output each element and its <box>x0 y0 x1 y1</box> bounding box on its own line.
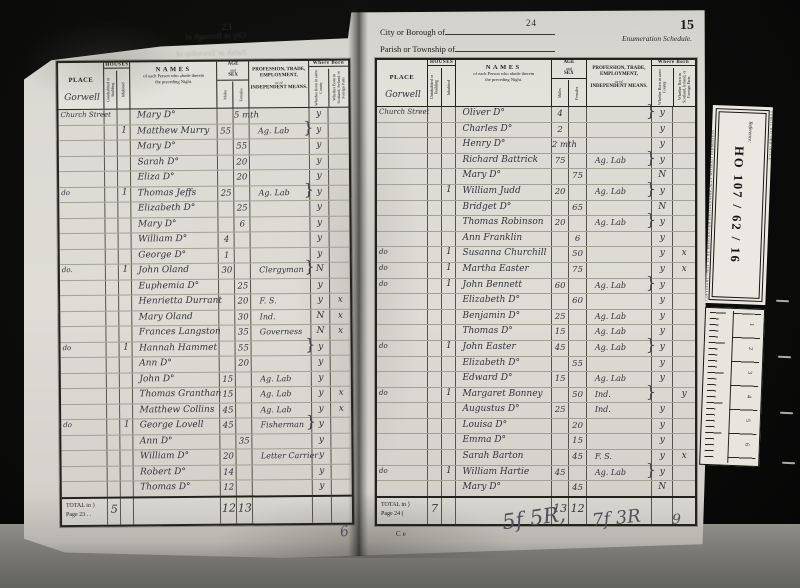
profession-cell: Ag. Lab <box>587 325 652 340</box>
born-elsewhere-cell: x <box>331 402 351 417</box>
age-male-cell: 20 <box>221 450 237 465</box>
age-female-cell <box>569 325 586 340</box>
age-male-cell: 45 <box>221 403 237 418</box>
slate-copyright-text: COPYRIGHT - NOT TO BE REPRODUCED PHOTOGR… <box>704 107 715 301</box>
inhabited-cell <box>121 435 134 450</box>
age-male-cell <box>552 419 569 434</box>
place-cell <box>377 450 428 465</box>
uninhabited-cell <box>107 389 120 404</box>
name-cell: Eliza D° <box>132 171 219 186</box>
name-cell: Matthew Collins <box>134 404 221 419</box>
age-female-cell: 20 <box>234 155 250 170</box>
age-female-cell <box>569 216 586 231</box>
profession-cell: Ag. Lab} <box>587 185 652 200</box>
inhabited-cell <box>118 172 131 187</box>
place-cell <box>377 310 428 325</box>
place-cell <box>60 249 107 264</box>
reference-label-card: Reference: HO 107 / 62 / 16 PUBLIC RECOR… <box>705 105 773 305</box>
ruler-inch-number: 3 <box>746 371 752 374</box>
name-cell: George D° <box>132 248 219 263</box>
name-cell: Margaret Bonney <box>456 388 551 403</box>
age-female-cell: 25 <box>235 279 251 294</box>
col-names-label: NAMES <box>456 64 550 71</box>
born-county-cell: y <box>311 294 331 309</box>
uninhabited-cell <box>108 482 121 497</box>
col-females-label: Females <box>575 80 580 106</box>
born-elsewhere-cell <box>330 201 350 216</box>
col-inhabited-label: Inhabited <box>121 71 126 109</box>
col-uninhabited-label: Uninhabited or Building <box>430 68 439 106</box>
inhabited-cell <box>442 138 456 153</box>
age-female-cell <box>569 310 586 325</box>
inhabited-cell: 1 <box>121 420 134 435</box>
place-header-written: Gorwell <box>58 92 103 103</box>
col-wb-other-label: Whether Born in Scotland, Ireland, or Fo… <box>678 68 692 106</box>
age-male-cell <box>219 217 235 232</box>
family-brace-mark: } <box>646 273 656 292</box>
age-male-cell <box>219 171 235 186</box>
total-row-page-23: TOTAL in } Page 23 . . 5 12 13 <box>62 495 352 526</box>
uninhabited-cell <box>428 325 442 340</box>
born-elsewhere-cell <box>329 108 349 123</box>
born-county-cell: y <box>312 372 332 387</box>
place-cell <box>60 327 107 342</box>
profession-cell <box>587 294 652 309</box>
place-cell <box>377 372 428 387</box>
age-female-cell <box>569 466 586 481</box>
folio-number: 15 <box>680 18 694 34</box>
born-county-cell: y <box>652 434 673 449</box>
slate-ruler: 123456 <box>699 307 765 467</box>
inhabited-cell: 1 <box>119 265 132 280</box>
place-cell <box>60 234 107 249</box>
place-cell <box>60 311 107 326</box>
reference-text: Reference: HO 107 / 62 / 16 <box>726 115 753 296</box>
census-table-page-24: PLACE Gorwell HOUSES Uninhabited or Buil… <box>375 58 697 526</box>
age-female-cell: 35 <box>237 434 253 449</box>
showthrough-ghost-text: City or Borough of Parish or Township of <box>175 27 246 63</box>
born-elsewhere-cell <box>330 185 350 200</box>
col-males-label: Males <box>223 82 228 108</box>
born-elsewhere-cell <box>330 278 350 293</box>
uninhabited-cell <box>428 294 442 309</box>
place-cell: Church Street <box>377 107 428 122</box>
name-cell: Emma D° <box>456 434 551 449</box>
born-elsewhere-cell: x <box>673 247 694 262</box>
born-elsewhere-cell <box>329 154 349 169</box>
age-female-cell: 60 <box>569 294 586 309</box>
uninhabited-cell <box>107 311 120 326</box>
film-edge-mark <box>778 356 791 359</box>
uninhabited-cell <box>105 172 118 187</box>
name-cell: Matthew Murry <box>131 124 218 139</box>
age-male-cell <box>552 247 569 262</box>
place-cell <box>377 123 428 138</box>
age-male-cell: 25 <box>552 403 569 418</box>
profession-cell <box>587 357 652 372</box>
uninhabited-cell <box>105 141 118 156</box>
age-female-cell <box>237 419 253 434</box>
age-female-cell <box>569 341 586 356</box>
born-county-cell: N <box>652 481 673 496</box>
name-cell: John Oland <box>132 264 219 279</box>
place-cell <box>59 218 106 233</box>
inhabited-cell <box>120 404 133 419</box>
place-cell: do <box>377 388 428 403</box>
name-cell: Sarah Barton <box>456 450 551 465</box>
profession-cell <box>251 217 311 232</box>
inhabited-cell: 1 <box>442 279 456 294</box>
profession-cell <box>587 232 652 247</box>
inhabited-cell <box>442 232 456 247</box>
inhabited-cell <box>442 372 456 387</box>
printer-signature-mark: Ce <box>396 530 408 538</box>
film-edge-mark <box>782 462 795 465</box>
age-female-cell <box>569 403 586 418</box>
ruler-inch-number: 2 <box>747 347 753 350</box>
inhabited-cell <box>120 296 133 311</box>
age-male-cell: 45 <box>552 341 569 356</box>
place-cell: do <box>377 341 428 356</box>
col-names-sub2: the preceding Night. <box>456 77 550 83</box>
name-cell: Edward D° <box>456 372 551 387</box>
born-county-cell: y <box>310 216 330 231</box>
born-elsewhere-cell <box>673 419 694 434</box>
profession-cell <box>253 465 313 480</box>
born-county-cell: N <box>311 309 331 324</box>
profession-cell: Ag. Lab} <box>587 279 652 294</box>
age-female-cell: 6 <box>235 217 251 232</box>
census-row: Augustus D°25Ind.y <box>377 403 695 419</box>
age-female-cell <box>569 154 586 169</box>
ruler-inch-number: 5 <box>744 419 750 422</box>
col-names-sub2: the preceding Night. <box>131 78 217 84</box>
born-county-cell: y <box>310 232 330 247</box>
film-edge-mark <box>776 300 789 303</box>
born-elsewhere-cell: x <box>673 263 694 278</box>
name-cell: Susanna Churchill <box>456 247 551 262</box>
born-elsewhere-cell <box>331 356 351 371</box>
profession-cell: Ag. Lab <box>587 372 652 387</box>
name-cell: Mary D° <box>456 169 551 184</box>
inhabited-cell <box>120 327 133 342</box>
inhabited-cell <box>119 280 132 295</box>
profession-cell: Ag. Lab <box>252 403 312 418</box>
born-county-cell: y <box>312 465 332 480</box>
born-county-cell: y <box>652 247 673 262</box>
place-cell: do. <box>60 265 107 280</box>
age-male-cell: 4 <box>219 233 235 248</box>
place-cell: do <box>377 279 428 294</box>
ruler-inch-number: 4 <box>745 395 751 398</box>
place-cell <box>377 434 428 449</box>
born-county-cell: y <box>652 403 673 418</box>
born-elsewhere-cell: x <box>330 294 350 309</box>
uninhabited-cell <box>108 420 121 435</box>
name-cell: Elizabeth D° <box>456 357 551 372</box>
name-cell: Elizabeth D° <box>132 202 219 217</box>
place-cell: do <box>61 420 108 435</box>
census-row: 1William Judd20Ag. Lab}y <box>377 185 695 201</box>
born-county-cell: y <box>313 480 333 495</box>
name-cell: Ann Franklin <box>456 232 551 247</box>
inhabited-cell <box>442 310 456 325</box>
age-male-cell: 2 mth <box>552 138 569 153</box>
place-cell <box>377 201 428 216</box>
census-row: Benjamin D°25Ag. Laby <box>377 310 695 326</box>
place-cell <box>377 403 428 418</box>
place-cell <box>61 389 108 404</box>
born-elsewhere-cell <box>673 357 694 372</box>
table-body: Church StreetMary D°5 mthy1Matthew Murry… <box>58 108 351 498</box>
age-female-cell: 35 <box>236 326 252 341</box>
profession-cell: Fisherman} <box>253 418 313 433</box>
census-row: Thomas Robinson20Ag. Lab}y <box>377 216 695 232</box>
uninhabited-cell <box>107 327 120 342</box>
name-cell: Robert D° <box>134 466 221 481</box>
age-male-cell: 25 <box>552 310 569 325</box>
profession-cell: Ag. Lab <box>252 372 312 387</box>
uninhabited-cell <box>428 403 442 418</box>
age-male-cell: 4 <box>552 107 569 122</box>
name-cell: William Hartie <box>456 466 551 481</box>
name-cell: Charles D° <box>456 123 551 138</box>
age-male-cell <box>552 201 569 216</box>
age-male-cell: 20 <box>552 216 569 231</box>
col-houses-label: HOUSES <box>428 60 456 66</box>
uninhabited-cell <box>428 466 442 481</box>
corner-stamp-mark: 1A <box>39 48 52 60</box>
uninhabited-cell <box>428 107 442 122</box>
name-cell: Thomas D° <box>134 481 221 496</box>
place-cell <box>61 451 108 466</box>
uninhabited-cell <box>428 341 442 356</box>
age-male-cell: 2 <box>552 123 569 138</box>
profession-cell: Ag. Lab <box>587 310 652 325</box>
born-elsewhere-cell: x <box>331 309 351 324</box>
total-females: 12 <box>569 498 586 524</box>
age-male-cell <box>220 310 236 325</box>
name-cell: John D° <box>133 372 220 387</box>
born-elsewhere-cell <box>673 466 694 481</box>
profession-cell <box>587 263 652 278</box>
profession-cell <box>250 139 310 154</box>
uninhabited-cell <box>428 419 442 434</box>
col-place-label: PLACE <box>377 74 427 81</box>
name-cell: Thomas Jeffs <box>132 186 219 201</box>
age-female-cell: 25 <box>235 202 251 217</box>
inhabited-cell <box>442 107 456 122</box>
age-male-cell: 14 <box>221 465 237 480</box>
born-elsewhere-cell <box>332 464 352 479</box>
total-males: 12 <box>221 498 237 524</box>
name-cell: Mary D° <box>132 217 219 232</box>
profession-cell: Ag. Lab} <box>251 186 311 201</box>
profession-cell: Ag. Lab} <box>587 341 652 356</box>
col-age-label3: SEX <box>552 71 586 78</box>
inhabited-cell <box>119 218 132 233</box>
age-male-cell <box>221 434 237 449</box>
profession-cell: } <box>587 107 652 122</box>
family-brace-mark: } <box>304 257 314 276</box>
place-cell <box>60 280 107 295</box>
profession-cell <box>252 356 312 371</box>
age-female-cell <box>234 124 250 139</box>
inhabited-cell: 1 <box>118 125 131 140</box>
age-male-cell <box>220 326 236 341</box>
born-elsewhere-cell <box>673 294 694 309</box>
age-female-cell: 55 <box>236 341 252 356</box>
profession-cell <box>587 247 652 262</box>
name-cell: Ann D° <box>134 435 221 450</box>
born-elsewhere-cell <box>330 263 350 278</box>
inhabited-cell <box>120 389 133 404</box>
age-female-cell: 20 <box>236 357 252 372</box>
total-label: TOTAL in } Page 23 . . <box>62 499 109 525</box>
born-county-cell: y <box>310 154 330 169</box>
age-male-cell: 60 <box>552 279 569 294</box>
slate-edge-top-text: PUBLIC RECORD OFFICE <box>762 111 773 301</box>
inhabited-cell: 1 <box>442 388 456 403</box>
inhabited-cell <box>119 249 132 264</box>
place-cell <box>377 325 428 340</box>
age-female-cell: 5 mth <box>234 108 250 123</box>
inhabited-cell <box>119 234 132 249</box>
inhabited-cell <box>442 123 456 138</box>
col-houses-label: HOUSES <box>104 63 129 69</box>
right-page: 24 15 City or Borough of Parish or Towns… <box>368 8 702 558</box>
age-female-cell <box>569 372 586 387</box>
inhabited-cell: 1 <box>119 187 132 202</box>
inhabited-cell <box>442 169 456 184</box>
born-county-cell: y <box>652 123 673 138</box>
ruler-cm-major-ticks <box>704 312 726 461</box>
born-county-cell: y <box>310 139 330 154</box>
uninhabited-cell <box>428 434 442 449</box>
col-prof-label4: INDEPENDENT MEANS. <box>587 84 651 90</box>
age-male-cell <box>552 357 569 372</box>
name-cell: Mary D° <box>131 109 218 124</box>
profession-cell: Clergyman} <box>251 263 311 278</box>
census-row: Thomas D°12y <box>62 480 352 497</box>
col-uninhabited-label: Uninhabited or Building <box>106 71 116 109</box>
col-place-label: PLACE <box>58 77 103 84</box>
age-male-cell <box>552 232 569 247</box>
born-elsewhere-cell <box>673 169 694 184</box>
census-scan-photo: 23 1A City or Borough of Parish or Towns… <box>0 0 800 588</box>
col-inhabited-label: Inhabited <box>447 68 452 106</box>
total-females: 13 <box>237 497 253 523</box>
born-elsewhere-cell <box>673 185 694 200</box>
profession-cell <box>250 170 310 185</box>
place-header-written: Gorwell <box>377 89 427 100</box>
name-cell: Frances Langston <box>133 326 220 341</box>
name-cell: Mary D° <box>456 481 551 496</box>
name-cell: Thomas Robinson <box>456 216 551 231</box>
inhabited-cell <box>118 109 131 124</box>
age-male-cell <box>552 481 569 496</box>
uninhabited-cell <box>106 203 119 218</box>
place-cell <box>61 358 108 373</box>
age-female-cell <box>569 123 586 138</box>
col-wb-other-label: Whether Born in Scotland, Ireland, or Fo… <box>332 69 346 107</box>
uninhabited-cell <box>105 125 118 140</box>
age-female-cell <box>569 107 586 122</box>
profession-cell <box>253 434 313 449</box>
census-row: Emma D°15y <box>377 434 695 450</box>
family-brace-mark: } <box>646 210 656 229</box>
uninhabited-cell <box>428 201 442 216</box>
inhabited-cell <box>119 203 132 218</box>
uninhabited-cell <box>428 216 442 231</box>
profession-cell <box>587 138 652 153</box>
age-male-cell: 12 <box>221 481 237 496</box>
name-cell: Ann D° <box>133 357 220 372</box>
inhabited-cell <box>442 325 456 340</box>
profession-cell: Ag. Lab} <box>250 123 310 138</box>
left-page: 23 1A City or Borough of Parish or Towns… <box>26 7 353 560</box>
profession-cell: F. S. <box>587 450 652 465</box>
age-female-cell: 15 <box>569 434 586 449</box>
profession-cell <box>250 154 310 169</box>
age-female-cell: 55 <box>569 357 586 372</box>
city-borough-line: City or Borough of <box>380 26 555 37</box>
uninhabited-cell <box>108 451 121 466</box>
inhabited-cell <box>121 451 134 466</box>
born-elsewhere-cell <box>673 341 694 356</box>
age-female-cell <box>236 388 252 403</box>
place-cell <box>59 141 106 156</box>
name-cell: Hannah Hammet <box>133 341 220 356</box>
uninhabited-cell <box>428 310 442 325</box>
uninhabited-cell <box>106 218 119 233</box>
uninhabited-cell <box>428 372 442 387</box>
census-row: Elizabeth D°60y <box>377 294 695 310</box>
profession-cell <box>587 434 652 449</box>
inhabited-cell <box>442 403 456 418</box>
born-county-cell: y <box>652 310 673 325</box>
census-table-page-23: PLACE Gorwell HOUSES Uninhabited or Buil… <box>56 59 354 528</box>
uninhabited-cell <box>106 280 119 295</box>
profession-cell: Ag. Lab} <box>587 216 652 231</box>
uninhabited-cell <box>107 373 120 388</box>
born-elsewhere-cell <box>673 201 694 216</box>
age-male-cell <box>219 279 235 294</box>
name-cell: Bridget D° <box>456 201 551 216</box>
age-female-cell: 20 <box>569 419 586 434</box>
place-cell <box>59 125 106 140</box>
uninhabited-cell <box>106 234 119 249</box>
census-row: Louisa D°20y <box>377 419 695 435</box>
name-cell: Mary D° <box>131 140 218 155</box>
census-row: do1John Bennett60Ag. Lab}y <box>377 279 695 295</box>
inhabited-cell <box>442 357 456 372</box>
col-females-label: Females <box>239 82 244 108</box>
age-female-cell: 6 <box>569 232 586 247</box>
name-cell: Euphemia D° <box>132 279 219 294</box>
profession-cell: Ag. Lab} <box>587 466 652 481</box>
profession-cell: F. S. <box>251 294 311 309</box>
place-cell: do <box>377 466 428 481</box>
age-female-cell <box>235 264 251 279</box>
inhabited-cell <box>442 434 456 449</box>
inhabited-cell <box>118 141 131 156</box>
profession-cell: Ind.} <box>587 388 652 403</box>
inhabited-cell <box>120 373 133 388</box>
born-elsewhere-cell <box>330 247 350 262</box>
place-cell <box>61 405 108 420</box>
age-male-cell: 55 <box>218 124 234 139</box>
